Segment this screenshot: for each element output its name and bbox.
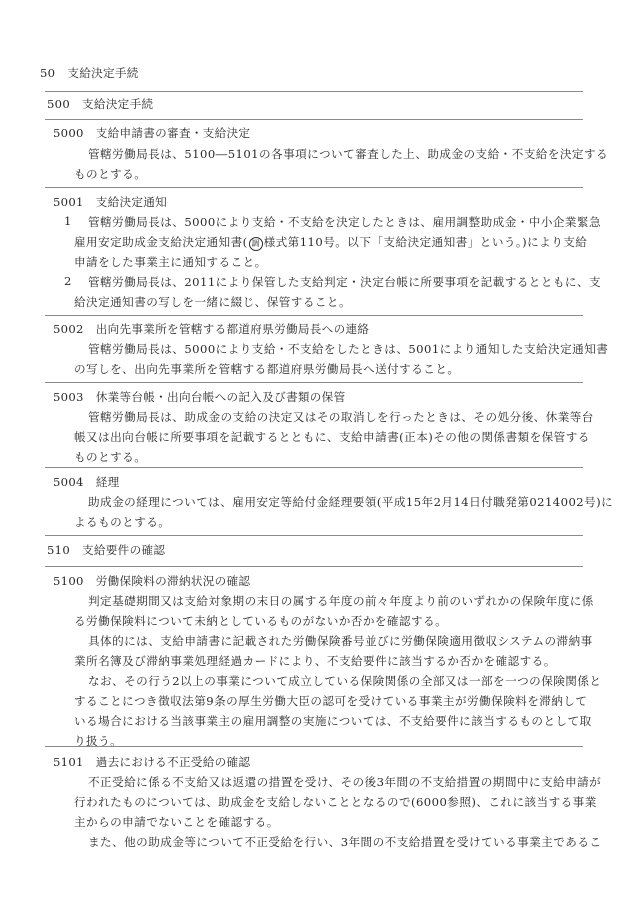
paragraph-line: よるものとする。 — [74, 514, 170, 530]
paragraph-line: 管轄労働局長は、5100―5101の各事項について審査した上、助成金の支給・不支… — [88, 146, 608, 162]
divider — [45, 382, 583, 383]
paragraph-line: 帳又は出向台帳に所要事項を記載するとともに、支給申請書(正本)その他の関係書類を… — [74, 429, 590, 445]
paragraph-line: ものとする。 — [74, 449, 146, 465]
chapter-heading: 50 支給決定手続 — [40, 65, 139, 81]
paragraph-line: 業所名簿及び滞納事業処理経過カードにより、不支給要件に該当するか否かを確認する。 — [74, 653, 556, 669]
item-heading-5004: 5004 経理 — [53, 474, 119, 490]
item-title: 休業等台帳・出向台帳への記入及び書類の保管 — [96, 390, 346, 404]
item-number: 5002 — [53, 322, 84, 336]
chapter-number: 50 — [40, 66, 55, 80]
paragraph-line: の写しを、出向先事業所を管轄する都道府県労働局長へ送付すること。 — [74, 361, 459, 377]
section-title: 支給要件の確認 — [82, 543, 165, 557]
item-heading-5101: 5101 過去における不正受給の確認 — [53, 754, 250, 770]
divider — [45, 187, 583, 188]
paragraph-line: 管轄労働局長は、5000により支給・不支給を決定したときは、雇用調整助成金・中小… — [88, 214, 601, 230]
divider — [45, 91, 583, 92]
circled-kanji-icon: 調 — [249, 237, 263, 251]
paragraph-line: 給決定通知書の写しを一緒に綴じ、保管すること。 — [74, 294, 351, 310]
paragraph-line: る労働保険料について未納としているものがないか否かを確認する。 — [74, 613, 447, 629]
paragraph-line: 雇用安定助成金支給決定通知書(調様式第110号。以下「支給決定通知書」という。)… — [74, 234, 587, 251]
paragraph-line: 管轄労働局長は、2011により保管した支給判定・決定台帳に所要事項を記載するとと… — [88, 274, 601, 290]
paragraph-line: ものとする。 — [74, 166, 146, 182]
section-heading-510: 510 支給要件の確認 — [47, 542, 165, 558]
item-number: 5101 — [53, 755, 84, 769]
text-fragment: 様式第110号。以下「支給決定通知書」という。)により支給 — [264, 235, 588, 249]
paragraph-line: また、他の助成金等について不正受給を行い、3年間の不支給措置を受けている事業主で… — [88, 834, 601, 850]
paragraph-line: いる場合における当該事業主の雇用調整の実施については、不支給要件に該当するものと… — [74, 713, 592, 729]
section-heading-500: 500 支給決定手続 — [47, 96, 153, 112]
item-number: 5001 — [53, 195, 84, 209]
item-title: 出向先事業所を管轄する都道府県労働局長への連絡 — [96, 322, 370, 336]
divider — [45, 535, 583, 536]
item-title: 支給決定通知 — [96, 195, 167, 209]
section-number: 500 — [47, 97, 70, 111]
paragraph-line: 助成金の経理については、雇用安定等給付金経理要領(平成15年2月14日付職発第0… — [88, 494, 613, 510]
paragraph-number: 1 — [64, 214, 72, 228]
paragraph-line: なお、その行う2以上の事業について成立している保険関係の全部又は一部を一つの保険… — [88, 673, 601, 689]
divider — [45, 566, 583, 567]
item-number: 5003 — [53, 390, 84, 404]
paragraph-number: 2 — [64, 274, 72, 288]
item-title: 経理 — [96, 475, 120, 489]
item-title: 過去における不正受給の確認 — [96, 755, 251, 769]
paragraph-line: 行われたものについては、助成金を支給しないこととなるので(6000参照)、これに… — [74, 794, 597, 810]
paragraph-line: 申請をした事業主に通知すること。 — [74, 254, 267, 270]
paragraph-line: 主からの申請でないことを確認する。 — [74, 814, 279, 830]
item-title: 労働保険料の滞納状況の確認 — [96, 574, 251, 588]
paragraph-line: することにつき徴収法第9条の厚生労働大臣の認可を受けている事業主が労働保険料を滞… — [74, 693, 587, 709]
item-heading-5100: 5100 労働保険料の滞納状況の確認 — [53, 573, 250, 589]
item-number: 5000 — [53, 126, 84, 140]
item-number: 5004 — [53, 475, 84, 489]
paragraph-line: 具体的には、支給申請書に記載された労働保険番号並びに労働保険適用徴収システムの滞… — [88, 633, 593, 649]
divider — [45, 467, 583, 468]
paragraph-line: 不正受給に係る不支給又は返還の措置を受け、その後3年間の不支給措置の期間中に支給… — [88, 774, 601, 790]
section-title: 支給決定手続 — [82, 97, 153, 111]
item-number: 5100 — [53, 574, 84, 588]
item-heading-5001: 5001 支給決定通知 — [53, 194, 167, 210]
item-title: 支給申請書の審査・支給決定 — [96, 126, 251, 140]
item-heading-5002: 5002 出向先事業所を管轄する都道府県労働局長への連絡 — [53, 321, 369, 337]
paragraph-line: 管轄労働局長は、5000により支給・不支給をしたときは、5001により通知した支… — [88, 341, 608, 357]
text-fragment: 雇用安定助成金支給決定通知書( — [74, 235, 248, 249]
section-number: 510 — [47, 543, 70, 557]
paragraph-line: 管轄労働局長は、助成金の支給の決定又はその取消しを行ったときは、その処分後、休業… — [88, 409, 594, 425]
chapter-title: 支給決定手続 — [67, 66, 138, 80]
divider — [45, 119, 583, 120]
divider — [45, 746, 583, 747]
divider — [45, 315, 583, 316]
item-heading-5000: 5000 支給申請書の審査・支給決定 — [53, 125, 250, 141]
paragraph-line: 判定基礎期間又は支給対象期の末日の属する年度の前々年度より前のいずれかの保険年度… — [88, 593, 594, 609]
item-heading-5003: 5003 休業等台帳・出向台帳への記入及び書類の保管 — [53, 389, 345, 405]
